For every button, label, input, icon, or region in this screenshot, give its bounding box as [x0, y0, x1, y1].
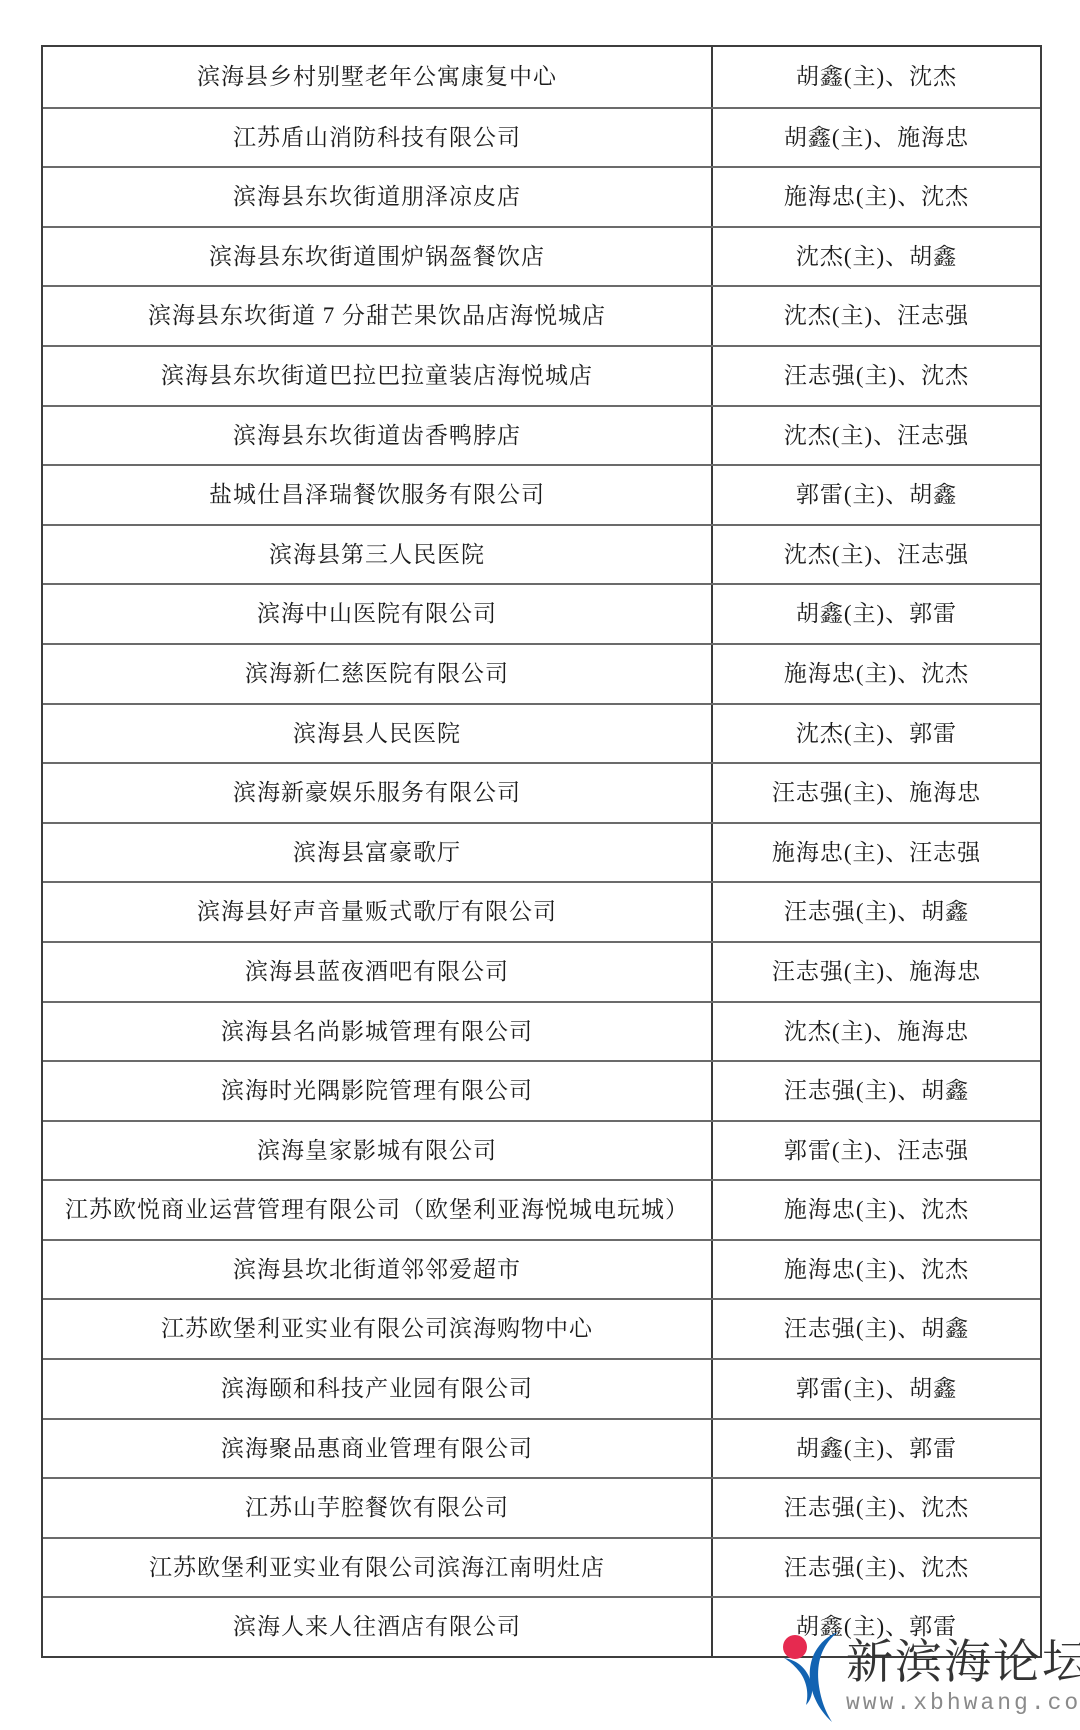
- table-row: 滨海中山医院有限公司 胡鑫(主)、郭雷: [43, 583, 1040, 643]
- inspectors-cell: 沈杰(主)、施海忠: [713, 1003, 1040, 1061]
- inspectors-cell: 沈杰(主)、胡鑫: [713, 228, 1040, 286]
- inspectors-cell: 施海忠(主)、沈杰: [713, 645, 1040, 703]
- inspectors-cell: 汪志强(主)、胡鑫: [713, 1300, 1040, 1358]
- table-row: 江苏欧悦商业运营管理有限公司（欧堡利亚海悦城电玩城） 施海忠(主)、沈杰: [43, 1179, 1040, 1239]
- inspectors-cell: 胡鑫(主)、沈杰: [713, 47, 1040, 107]
- organization-name-cell: 滨海聚品惠商业管理有限公司: [43, 1420, 713, 1478]
- organization-name-cell: 滨海县富豪歌厅: [43, 824, 713, 882]
- table-row: 滨海县蓝夜酒吧有限公司 汪志强(主)、施海忠: [43, 941, 1040, 1001]
- inspectors-cell: 汪志强(主)、沈杰: [713, 1479, 1040, 1537]
- inspectors-cell: 郭雷(主)、胡鑫: [713, 1360, 1040, 1418]
- inspectors-cell: 施海忠(主)、沈杰: [713, 1241, 1040, 1299]
- table-row: 滨海新仁慈医院有限公司 施海忠(主)、沈杰: [43, 643, 1040, 703]
- table-row: 滨海聚品惠商业管理有限公司 胡鑫(主)、郭雷: [43, 1418, 1040, 1478]
- table-row: 滨海新豪娱乐服务有限公司 汪志强(主)、施海忠: [43, 762, 1040, 822]
- organization-name-cell: 江苏山芋腔餐饮有限公司: [43, 1479, 713, 1537]
- inspection-table: 滨海县乡村别墅老年公寓康复中心 胡鑫(主)、沈杰 江苏盾山消防科技有限公司 胡鑫…: [41, 45, 1042, 1658]
- table-row: 江苏山芋腔餐饮有限公司 汪志强(主)、沈杰: [43, 1477, 1040, 1537]
- inspectors-cell: 胡鑫(主)、郭雷: [713, 1420, 1040, 1478]
- organization-name-cell: 盐城仕昌泽瑞餐饮服务有限公司: [43, 466, 713, 524]
- inspectors-cell: 汪志强(主)、胡鑫: [713, 1062, 1040, 1120]
- inspectors-cell: 胡鑫(主)、施海忠: [713, 109, 1040, 167]
- table-row: 滨海县好声音量贩式歌厅有限公司 汪志强(主)、胡鑫: [43, 881, 1040, 941]
- organization-name-cell: 滨海新仁慈医院有限公司: [43, 645, 713, 703]
- organization-name-cell: 滨海县东坎街道朋泽凉皮店: [43, 168, 713, 226]
- organization-name-cell: 滨海中山医院有限公司: [43, 585, 713, 643]
- organization-name-cell: 滨海县第三人民医院: [43, 526, 713, 584]
- inspectors-cell: 沈杰(主)、郭雷: [713, 705, 1040, 763]
- organization-name-cell: 江苏盾山消防科技有限公司: [43, 109, 713, 167]
- organization-name-cell: 江苏欧堡利亚实业有限公司滨海购物中心: [43, 1300, 713, 1358]
- organization-name-cell: 滨海新豪娱乐服务有限公司: [43, 764, 713, 822]
- table-row: 滨海县东坎街道巴拉巴拉童装店海悦城店 汪志强(主)、沈杰: [43, 345, 1040, 405]
- table-row: 滨海县坎北街道邻邻爱超市 施海忠(主)、沈杰: [43, 1239, 1040, 1299]
- table-row: 滨海时光隅影院管理有限公司 汪志强(主)、胡鑫: [43, 1060, 1040, 1120]
- organization-name-cell: 滨海时光隅影院管理有限公司: [43, 1062, 713, 1120]
- table-row: 盐城仕昌泽瑞餐饮服务有限公司 郭雷(主)、胡鑫: [43, 464, 1040, 524]
- inspectors-cell: 施海忠(主)、汪志强: [713, 824, 1040, 882]
- inspectors-cell: 沈杰(主)、汪志强: [713, 526, 1040, 584]
- inspectors-cell: 沈杰(主)、汪志强: [713, 287, 1040, 345]
- inspectors-cell: 施海忠(主)、沈杰: [713, 168, 1040, 226]
- table-row: 江苏欧堡利亚实业有限公司滨海江南明灶店 汪志强(主)、沈杰: [43, 1537, 1040, 1597]
- organization-name-cell: 滨海县东坎街道围炉锅盔餐饮店: [43, 228, 713, 286]
- inspectors-cell: 胡鑫(主)、郭雷: [713, 585, 1040, 643]
- organization-name-cell: 滨海县名尚影城管理有限公司: [43, 1003, 713, 1061]
- table-row: 滨海县富豪歌厅 施海忠(主)、汪志强: [43, 822, 1040, 882]
- forum-logo-icon: [782, 1630, 846, 1722]
- organization-name-cell: 滨海县东坎街道齿香鸭脖店: [43, 407, 713, 465]
- organization-name-cell: 滨海县坎北街道邻邻爱超市: [43, 1241, 713, 1299]
- table-row: 滨海县东坎街道齿香鸭脖店 沈杰(主)、汪志强: [43, 405, 1040, 465]
- site-watermark: 新滨海论坛 www.xbhwang.com: [782, 1626, 1080, 1722]
- organization-name-cell: 滨海县东坎街道 7 分甜芒果饮品店海悦城店: [43, 287, 713, 345]
- inspectors-cell: 郭雷(主)、胡鑫: [713, 466, 1040, 524]
- organization-name-cell: 滨海县好声音量贩式歌厅有限公司: [43, 883, 713, 941]
- inspectors-cell: 汪志强(主)、施海忠: [713, 943, 1040, 1001]
- inspectors-cell: 汪志强(主)、胡鑫: [713, 883, 1040, 941]
- table-row: 滨海县东坎街道 7 分甜芒果饮品店海悦城店 沈杰(主)、汪志强: [43, 285, 1040, 345]
- organization-name-cell: 江苏欧堡利亚实业有限公司滨海江南明灶店: [43, 1539, 713, 1597]
- inspectors-cell: 汪志强(主)、沈杰: [713, 1539, 1040, 1597]
- table-row: 江苏欧堡利亚实业有限公司滨海购物中心 汪志强(主)、胡鑫: [43, 1298, 1040, 1358]
- inspectors-cell: 汪志强(主)、沈杰: [713, 347, 1040, 405]
- organization-name-cell: 滨海颐和科技产业园有限公司: [43, 1360, 713, 1418]
- table-row: 滨海颐和科技产业园有限公司 郭雷(主)、胡鑫: [43, 1358, 1040, 1418]
- table-row: 江苏盾山消防科技有限公司 胡鑫(主)、施海忠: [43, 107, 1040, 167]
- inspectors-cell: 郭雷(主)、汪志强: [713, 1122, 1040, 1180]
- organization-name-cell: 滨海县蓝夜酒吧有限公司: [43, 943, 713, 1001]
- organization-name-cell: 滨海县东坎街道巴拉巴拉童装店海悦城店: [43, 347, 713, 405]
- forum-name: 新滨海论坛: [846, 1638, 1080, 1685]
- forum-url: www.xbhwang.com: [846, 1690, 1080, 1716]
- table-row: 滨海县东坎街道朋泽凉皮店 施海忠(主)、沈杰: [43, 166, 1040, 226]
- table-row: 滨海县人民医院 沈杰(主)、郭雷: [43, 703, 1040, 763]
- organization-name-cell: 滨海人来人往酒店有限公司: [43, 1598, 713, 1656]
- organization-name-cell: 滨海县乡村别墅老年公寓康复中心: [43, 47, 713, 107]
- table-row: 滨海县东坎街道围炉锅盔餐饮店 沈杰(主)、胡鑫: [43, 226, 1040, 286]
- table-row: 滨海皇家影城有限公司 郭雷(主)、汪志强: [43, 1120, 1040, 1180]
- inspectors-cell: 施海忠(主)、沈杰: [713, 1181, 1040, 1239]
- organization-name-cell: 江苏欧悦商业运营管理有限公司（欧堡利亚海悦城电玩城）: [43, 1181, 713, 1239]
- table-row: 滨海县第三人民医院 沈杰(主)、汪志强: [43, 524, 1040, 584]
- inspectors-cell: 沈杰(主)、汪志强: [713, 407, 1040, 465]
- organization-name-cell: 滨海皇家影城有限公司: [43, 1122, 713, 1180]
- table-row: 滨海县名尚影城管理有限公司 沈杰(主)、施海忠: [43, 1001, 1040, 1061]
- inspectors-cell: 汪志强(主)、施海忠: [713, 764, 1040, 822]
- table-row: 滨海县乡村别墅老年公寓康复中心 胡鑫(主)、沈杰: [43, 47, 1040, 107]
- organization-name-cell: 滨海县人民医院: [43, 705, 713, 763]
